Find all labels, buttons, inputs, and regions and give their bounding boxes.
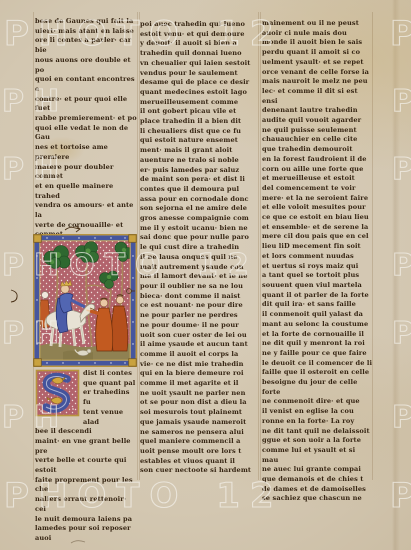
photo12-watermark-text: P xyxy=(392,316,411,351)
photo12-watermark-text: P xyxy=(392,152,411,187)
miniature-painting xyxy=(33,234,137,367)
column1-black-text: bese de Gaunes qui fait la uiert· mais a… xyxy=(35,17,137,248)
column1-lower-section: dist li contes que quant pal er trahedin… xyxy=(35,369,139,544)
margin-pen-mark xyxy=(8,288,22,304)
manuscript-page: bese de Gaunes qui fait la uiert· mais a… xyxy=(0,0,411,550)
photo12-watermark-text: P xyxy=(390,476,411,516)
column-ruling-line xyxy=(260,12,261,480)
column-ruling-line xyxy=(258,12,259,480)
photo12-watermark-text: P xyxy=(392,84,411,119)
photo12-watermark-text: P xyxy=(390,14,411,54)
column3-text: mainement ou il ne peust auoir ci nule m… xyxy=(262,19,373,504)
photo12-watermark-text: P xyxy=(392,400,411,435)
column2-text: poi auec trahedin qui lueno estoit venu·… xyxy=(140,20,258,476)
photo12-watermark-text: P xyxy=(392,248,411,283)
illuminated-initial xyxy=(35,369,80,417)
